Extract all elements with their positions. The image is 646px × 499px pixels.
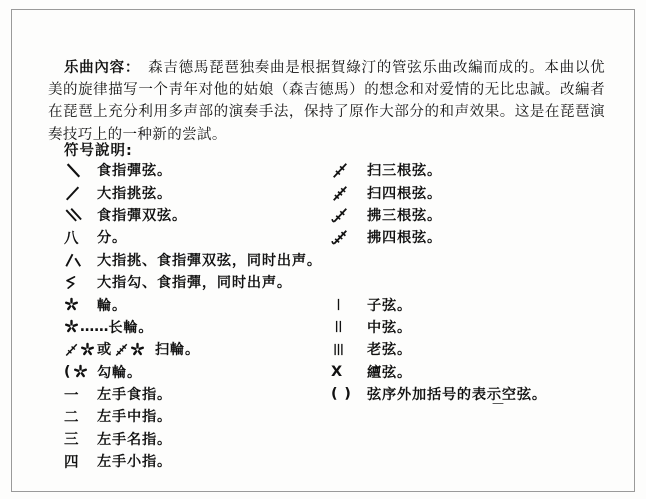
brush-four-strings-icon [331,228,367,246]
legend-row: 三 左手名指。 [64,428,322,450]
column-gap [331,249,547,294]
legend-column-left: 食指彈弦。 大指挑弦。 食指彈双弦。 八 分。 [64,159,322,472]
legend-label: 繵弦。 [367,362,412,382]
legend-row: 食指彈弦。 [64,159,322,181]
legend-row: 四 左手小指。 [64,450,322,472]
legend-row: 拂四根弦。 [331,226,547,248]
numeral-three-glyph: 三 [64,428,97,449]
legend-heading: 符号說明: [64,139,133,160]
legend-row: 二 左手中指。 [64,405,322,427]
sweep-three-strings-icon [331,161,367,179]
page-dash-artifact: — [492,396,503,410]
long-wheel-dots: …… [80,319,108,335]
legend-row: 大指挑、食指彈双弦，同时出声。 [64,249,322,271]
sweep-wheel-combo-icon: 或 [64,339,145,359]
legend-label: 拂三根弦。 [367,205,442,225]
sweep-four-strings-icon [331,184,367,202]
legend-row: 子弦。 [331,293,547,315]
legend-row: 拂三根弦。 [331,204,547,226]
intro-heading: 乐曲內容： [64,60,140,76]
legend-label: 中弦。 [367,317,412,337]
one-bar-icon [331,297,367,312]
numeral-two-glyph: 二 [64,406,97,427]
scanned-document-page: 乐曲內容：森吉德馬琵琶独奏曲是根据賀綠汀的管弦乐曲改編而成的。本曲以优美的旋律描… [0,0,646,499]
brush-three-strings-icon [331,206,367,224]
legend-label: 长輪。 [108,317,153,337]
two-bars-icon [331,319,367,334]
x-glyph: X [331,364,367,380]
legend-label: 子弦。 [367,295,412,315]
legend-row: 食指彈双弦。 [64,204,322,226]
legend-label: 分。 [97,227,127,247]
open-paren: ( [64,364,71,380]
legend-label: 左手食指。 [97,384,172,404]
numeral-one-glyph: 一 [64,384,97,405]
legend-label: 食指彈双弦。 [97,205,187,225]
legend-label: 扫四根弦。 [367,183,442,203]
legend-label: 拂四根弦。 [367,227,442,247]
hook-zigzag-icon [64,275,97,290]
three-bars-icon [331,342,367,357]
slash-backslash-icon [64,251,97,269]
legend-row: 老弦。 [331,338,547,360]
wheel-icon [64,297,97,312]
legend-label: 大指勾、食指彈，同时出声。 [97,272,292,292]
legend-label: 輪。 [97,295,127,315]
legend-column-right: 扫三根弦。 扫四根弦。 拂三 [331,159,547,405]
legend-row: 八 分。 [64,226,322,248]
legend-label: 食指彈弦。 [97,160,172,180]
backslash-stroke-icon [64,161,97,179]
legend-row: 輪。 [64,293,322,315]
legend-label: 扫輪。 [155,339,200,359]
legend-row: …… 长輪。 [64,316,322,338]
legend-label: 弦序外加括号的表示空弦。 [367,384,547,404]
legend-row: ( 勾輪。 [64,361,322,383]
legend-row: ( ) 弦序外加括号的表示空弦。 [331,383,547,405]
slash-stroke-icon [64,184,97,202]
legend-label: 大指挑弦。 [97,183,172,203]
wheel-dots-icon: …… [64,319,108,335]
numeral-four-glyph: 四 [64,451,97,472]
legend-row: 或 扫輪。 [64,338,322,360]
legend-row: 大指勾、食指彈，同时出声。 [64,271,322,293]
legend-label: 左手名指。 [97,429,172,449]
intro-paragraph: 乐曲內容：森吉德馬琵琶独奏曲是根据賀綠汀的管弦乐曲改編而成的。本曲以优美的旋律描… [48,57,605,147]
legend-label: 扫三根弦。 [367,160,442,180]
legend-row: 扫四根弦。 [331,181,547,203]
legend-row: 中弦。 [331,316,547,338]
or-text: 或 [97,339,112,359]
paren-wheel-icon: ( [64,364,97,380]
legend-label: 左手中指。 [97,406,172,426]
legend-row: X 繵弦。 [331,361,547,383]
legend-row: 扫三根弦。 [331,159,547,181]
parentheses-glyph: ( ) [331,386,367,402]
ba-glyph: 八 [64,227,97,248]
legend-label: 大指挑、食指彈双弦，同时出声。 [97,250,322,270]
legend-label: 左手小指。 [97,451,172,471]
legend-row: 一 左手食指。 [64,383,322,405]
legend-label: 勾輪。 [97,362,142,382]
double-backslash-icon [64,206,97,224]
legend-label: 老弦。 [367,339,412,359]
legend-row: 大指挑弦。 [64,181,322,203]
